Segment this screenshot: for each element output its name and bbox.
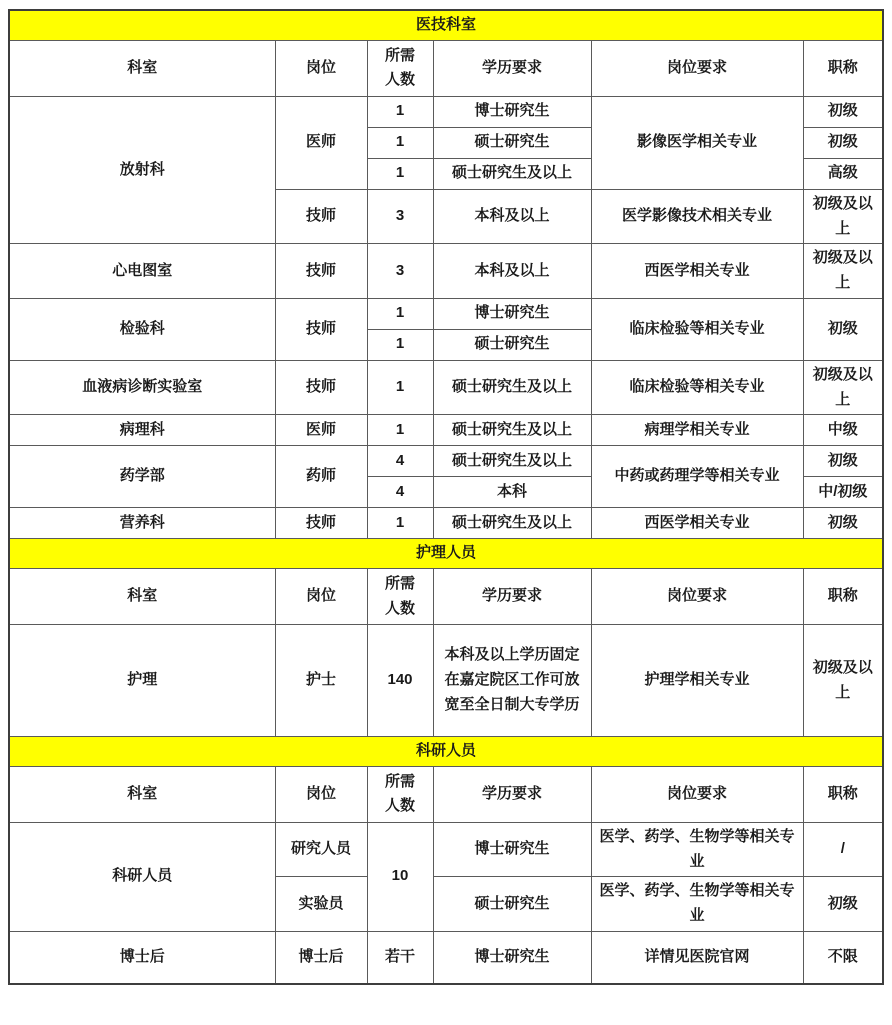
table-cell: 病理科 (9, 415, 275, 446)
table-cell: 技师 (275, 244, 367, 299)
table-cell: 临床检验等相关专业 (591, 360, 803, 415)
column-header: 岗位要求 (591, 569, 803, 625)
table-cell: 本科 (433, 477, 591, 508)
column-header-row: 科室岗位所需 人数学历要求岗位要求职称 (9, 40, 883, 96)
column-header: 岗位 (275, 569, 367, 625)
table-cell: 若干 (367, 931, 433, 984)
table-cell: 影像医学相关专业 (591, 96, 803, 189)
table-row: 血液病诊断实验室技师1硕士研究生及以上临床检验等相关专业初级及以上 (9, 360, 883, 415)
table-cell: 血液病诊断实验室 (9, 360, 275, 415)
section-band-row: 医技科室 (9, 10, 883, 40)
section-band-row: 护理人员 (9, 539, 883, 569)
table-cell: 临床检验等相关专业 (591, 298, 803, 360)
table-cell: 本科及以上 (433, 244, 591, 299)
table-cell: 技师 (275, 189, 367, 244)
table-section: 科研人员科室岗位所需 人数学历要求岗位要求职称科研人员研究人员10博士研究生医学… (9, 737, 883, 985)
column-header: 岗位 (275, 40, 367, 96)
table-cell: 硕士研究生 (433, 329, 591, 360)
column-header: 所需 人数 (367, 40, 433, 96)
table-cell: 病理学相关专业 (591, 415, 803, 446)
table-cell: 检验科 (9, 298, 275, 360)
table-cell: 医师 (275, 96, 367, 189)
table-cell: 初级及以上 (803, 625, 883, 737)
table-cell: 医学影像技术相关专业 (591, 189, 803, 244)
section-title: 护理人员 (9, 539, 883, 569)
table-cell: 初级及以上 (803, 189, 883, 244)
table-cell: 初级 (803, 127, 883, 158)
table-cell: 4 (367, 477, 433, 508)
column-header: 职称 (803, 569, 883, 625)
column-header: 所需 人数 (367, 569, 433, 625)
table-cell: 10 (367, 822, 433, 931)
column-header: 职称 (803, 766, 883, 822)
table-cell: 初级 (803, 508, 883, 539)
table-cell: 护理学相关专业 (591, 625, 803, 737)
table-cell: 护理 (9, 625, 275, 737)
table-cell: 营养科 (9, 508, 275, 539)
table-cell: 3 (367, 189, 433, 244)
table-cell: 1 (367, 298, 433, 329)
table-cell: 博士后 (275, 931, 367, 984)
table-cell: 高级 (803, 158, 883, 189)
column-header: 学历要求 (433, 766, 591, 822)
table-section: 护理人员科室岗位所需 人数学历要求岗位要求职称护理护士140本科及以上学历固定在… (9, 539, 883, 737)
column-header: 岗位要求 (591, 40, 803, 96)
table-cell: 博士研究生 (433, 822, 591, 877)
table-cell: 初级 (803, 446, 883, 477)
table-cell: 医学、药学、生物学等相关专业 (591, 822, 803, 877)
column-header: 学历要求 (433, 569, 591, 625)
section-band-row: 科研人员 (9, 737, 883, 767)
table-cell: 初级 (803, 298, 883, 360)
table-row: 护理护士140本科及以上学历固定在嘉定院区工作可放宽至全日制大专学历护理学相关专… (9, 625, 883, 737)
table-section: 医技科室科室岗位所需 人数学历要求岗位要求职称放射科医师1博士研究生影像医学相关… (9, 10, 883, 539)
table-cell: 本科及以上 (433, 189, 591, 244)
table-row: 心电图室技师3本科及以上西医学相关专业初级及以上 (9, 244, 883, 299)
table-row: 博士后博士后若干博士研究生详情见医院官网不限 (9, 931, 883, 984)
table-cell: / (803, 822, 883, 877)
table-cell: 博士后 (9, 931, 275, 984)
section-title: 医技科室 (9, 10, 883, 40)
table-cell: 1 (367, 415, 433, 446)
table-cell: 技师 (275, 508, 367, 539)
column-header: 科室 (9, 40, 275, 96)
table-cell: 医师 (275, 415, 367, 446)
table-cell: 初级 (803, 96, 883, 127)
table-cell: 药师 (275, 446, 367, 508)
page: 医技科室科室岗位所需 人数学历要求岗位要求职称放射科医师1博士研究生影像医学相关… (0, 0, 892, 1025)
table-row: 科研人员研究人员10博士研究生医学、药学、生物学等相关专业/ (9, 822, 883, 877)
table-cell: 1 (367, 158, 433, 189)
table-cell: 中药或药理学等相关专业 (591, 446, 803, 508)
table-cell: 初级及以上 (803, 244, 883, 299)
table-row: 营养科技师1硕士研究生及以上西医学相关专业初级 (9, 508, 883, 539)
table-cell: 初级 (803, 877, 883, 932)
table-cell: 1 (367, 127, 433, 158)
column-header-row: 科室岗位所需 人数学历要求岗位要求职称 (9, 569, 883, 625)
table-cell: 放射科 (9, 96, 275, 244)
table-cell: 实验员 (275, 877, 367, 932)
table-cell: 西医学相关专业 (591, 508, 803, 539)
table-cell: 1 (367, 360, 433, 415)
table-cell: 技师 (275, 360, 367, 415)
table-cell: 心电图室 (9, 244, 275, 299)
table-cell: 医学、药学、生物学等相关专业 (591, 877, 803, 932)
table-cell: 中级 (803, 415, 883, 446)
table-cell: 博士研究生 (433, 931, 591, 984)
table-cell: 药学部 (9, 446, 275, 508)
table-cell: 1 (367, 508, 433, 539)
table-row: 病理科医师1硕士研究生及以上病理学相关专业中级 (9, 415, 883, 446)
table-cell: 技师 (275, 298, 367, 360)
table-cell: 1 (367, 96, 433, 127)
column-header: 岗位 (275, 766, 367, 822)
table-cell: 研究人员 (275, 822, 367, 877)
column-header: 所需 人数 (367, 766, 433, 822)
column-header: 科室 (9, 766, 275, 822)
column-header: 岗位要求 (591, 766, 803, 822)
section-title: 科研人员 (9, 737, 883, 767)
table-cell: 硕士研究生及以上 (433, 360, 591, 415)
column-header: 科室 (9, 569, 275, 625)
table-cell: 详情见医院官网 (591, 931, 803, 984)
table-cell: 硕士研究生及以上 (433, 446, 591, 477)
column-header: 职称 (803, 40, 883, 96)
table-cell: 3 (367, 244, 433, 299)
table-cell: 本科及以上学历固定在嘉定院区工作可放宽至全日制大专学历 (433, 625, 591, 737)
column-header-row: 科室岗位所需 人数学历要求岗位要求职称 (9, 766, 883, 822)
table-cell: 博士研究生 (433, 96, 591, 127)
table-cell: 护士 (275, 625, 367, 737)
table-cell: 初级及以上 (803, 360, 883, 415)
table-cell: 硕士研究生 (433, 127, 591, 158)
table-cell: 科研人员 (9, 822, 275, 931)
table-cell: 硕士研究生及以上 (433, 508, 591, 539)
table-row: 放射科医师1博士研究生影像医学相关专业初级 (9, 96, 883, 127)
table-cell: 硕士研究生 (433, 877, 591, 932)
table-cell: 博士研究生 (433, 298, 591, 329)
table-row: 检验科技师1博士研究生临床检验等相关专业初级 (9, 298, 883, 329)
recruitment-table: 医技科室科室岗位所需 人数学历要求岗位要求职称放射科医师1博士研究生影像医学相关… (8, 9, 884, 985)
table-cell: 1 (367, 329, 433, 360)
table-cell: 4 (367, 446, 433, 477)
table-cell: 不限 (803, 931, 883, 984)
table-cell: 硕士研究生及以上 (433, 158, 591, 189)
table-cell: 西医学相关专业 (591, 244, 803, 299)
table-cell: 140 (367, 625, 433, 737)
table-row: 药学部药师4硕士研究生及以上中药或药理学等相关专业初级 (9, 446, 883, 477)
table-cell: 中/初级 (803, 477, 883, 508)
table-cell: 硕士研究生及以上 (433, 415, 591, 446)
column-header: 学历要求 (433, 40, 591, 96)
